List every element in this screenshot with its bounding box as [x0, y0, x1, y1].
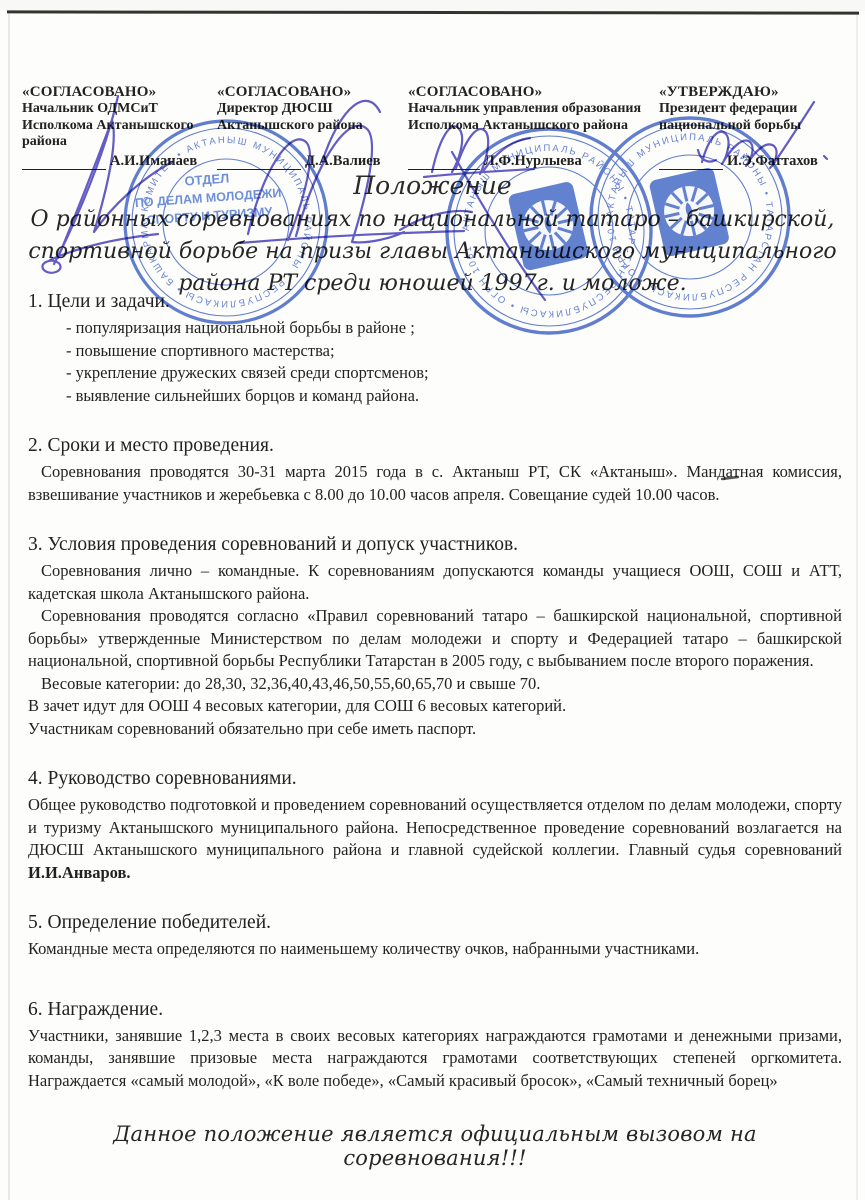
section-heading: 4. Руководство соревнованиями. — [28, 766, 842, 791]
paragraph: Весовые категории: до 28,30, 32,36,40,43… — [28, 673, 842, 696]
signature-row: А.И.Иманаев — [22, 152, 214, 170]
chief-judge-name: И.И.Анваров. — [28, 863, 131, 882]
document-body: 1. Цели и задачи.- популяризация национа… — [28, 289, 842, 1170]
section-heading: 1. Цели и задачи. — [28, 289, 842, 314]
signature-line — [217, 155, 301, 170]
scanned-document-page: { "doc": { "title": "Положение", "subtit… — [0, 0, 865, 1200]
approval-block: «СОГЛАСОВАНО»Начальник ОДМСиТИсполкома А… — [22, 84, 214, 170]
signature-line — [659, 155, 723, 170]
list-item: - укрепление дружеских связей среди спор… — [28, 362, 842, 385]
paragraph: Соревнования проводятся 30-31 марта 2015… — [28, 461, 842, 506]
signee-name: И.Э.Фаттахов — [727, 152, 818, 170]
signee-name: Л.Ф.Нурлыева — [484, 152, 582, 170]
approval-block: «УТВЕРЖДАЮ»Президент федерациинациональн… — [659, 84, 855, 170]
approval-role-line: Актанышского района — [217, 118, 405, 135]
signature-line — [408, 155, 480, 170]
approval-status: «УТВЕРЖДАЮ» — [659, 84, 855, 101]
list-item: - популяризация национальной борьбы в ра… — [28, 317, 842, 340]
paragraph-text: Общее руководство подготовкой и проведен… — [28, 795, 842, 859]
approval-role-line: Начальник ОДМСиТ — [22, 101, 214, 118]
section: 3. Условия проведения соревнований и доп… — [28, 532, 842, 740]
section: 2. Сроки и место проведения.Соревнования… — [28, 433, 842, 506]
approval-role-line: Исполкома Актанышского района — [408, 118, 656, 135]
section: 6. Награждение.Участники, занявшие 1,2,3… — [28, 997, 842, 1093]
approval-role-line: района — [22, 134, 214, 151]
signature-row: Л.Ф.Нурлыева — [408, 152, 656, 170]
section-heading: 2. Сроки и место проведения. — [28, 433, 842, 458]
section: 1. Цели и задачи.- популяризация национа… — [28, 289, 842, 407]
signee-name: Д.А.Валиев — [305, 152, 381, 170]
title-block: Положение О районных соревнованиях по на… — [0, 170, 865, 300]
section-heading: 3. Условия проведения соревнований и доп… — [28, 532, 842, 557]
approval-block: «СОГЛАСОВАНО»Директор ДЮСШАктанышского р… — [217, 84, 405, 170]
approval-block: «СОГЛАСОВАНО»Начальник управления образо… — [408, 84, 656, 170]
approval-role-line: национальной борьбы — [659, 118, 855, 135]
paragraph: Участникам соревнований обязательно при … — [28, 718, 842, 741]
approval-role-line: Начальник управления образования — [408, 101, 656, 118]
paragraph: Соревнования проводятся согласно «Правил… — [28, 605, 842, 673]
approval-status: «СОГЛАСОВАНО» — [217, 84, 405, 101]
section-heading: 5. Определение победителей. — [28, 910, 842, 935]
paragraph: Соревнования лично – командные. К соревн… — [28, 560, 842, 605]
list-item: - выявление сильнейших борцов и команд р… — [28, 385, 842, 408]
document-subtitle: О районных соревнованиях по национальной… — [22, 204, 844, 300]
scan-top-strip — [0, 0, 865, 11]
approval-role-line: Президент федерации — [659, 101, 855, 118]
approval-status: «СОГЛАСОВАНО» — [22, 84, 214, 101]
signature-row: Д.А.Валиев — [217, 152, 405, 170]
paragraph: В зачет идут для ООШ 4 весовых категории… — [28, 695, 842, 718]
approval-status: «СОГЛАСОВАНО» — [408, 84, 656, 101]
signature-line — [22, 155, 106, 170]
section: 5. Определение победителей.Командные мес… — [28, 910, 842, 961]
section: 4. Руководство соревнованиями.Общее руко… — [28, 766, 842, 884]
paragraph: Общее руководство подготовкой и проведен… — [28, 794, 842, 884]
document-footer-line: Данное положение является официальным вы… — [28, 1122, 842, 1170]
signature-row: И.Э.Фаттахов — [659, 152, 855, 170]
signee-name: А.И.Иманаев — [110, 152, 197, 170]
list-item: - повышение спортивного мастерства; — [28, 340, 842, 363]
section-heading: 6. Награждение. — [28, 997, 842, 1022]
approval-role-line: Исполкома Актанышского — [22, 118, 214, 135]
approval-role-line: Директор ДЮСШ — [217, 101, 405, 118]
scan-edge-line — [7, 10, 859, 14]
approvals-header: «СОГЛАСОВАНО»Начальник ОДМСиТИсполкома А… — [22, 84, 855, 170]
document-title: Положение — [0, 170, 865, 202]
paragraph: Командные места определяются по наименьш… — [28, 938, 842, 961]
paragraph: Участники, занявшие 1,2,3 места в своих … — [28, 1025, 842, 1093]
sections-container: 1. Цели и задачи.- популяризация национа… — [28, 289, 842, 1092]
